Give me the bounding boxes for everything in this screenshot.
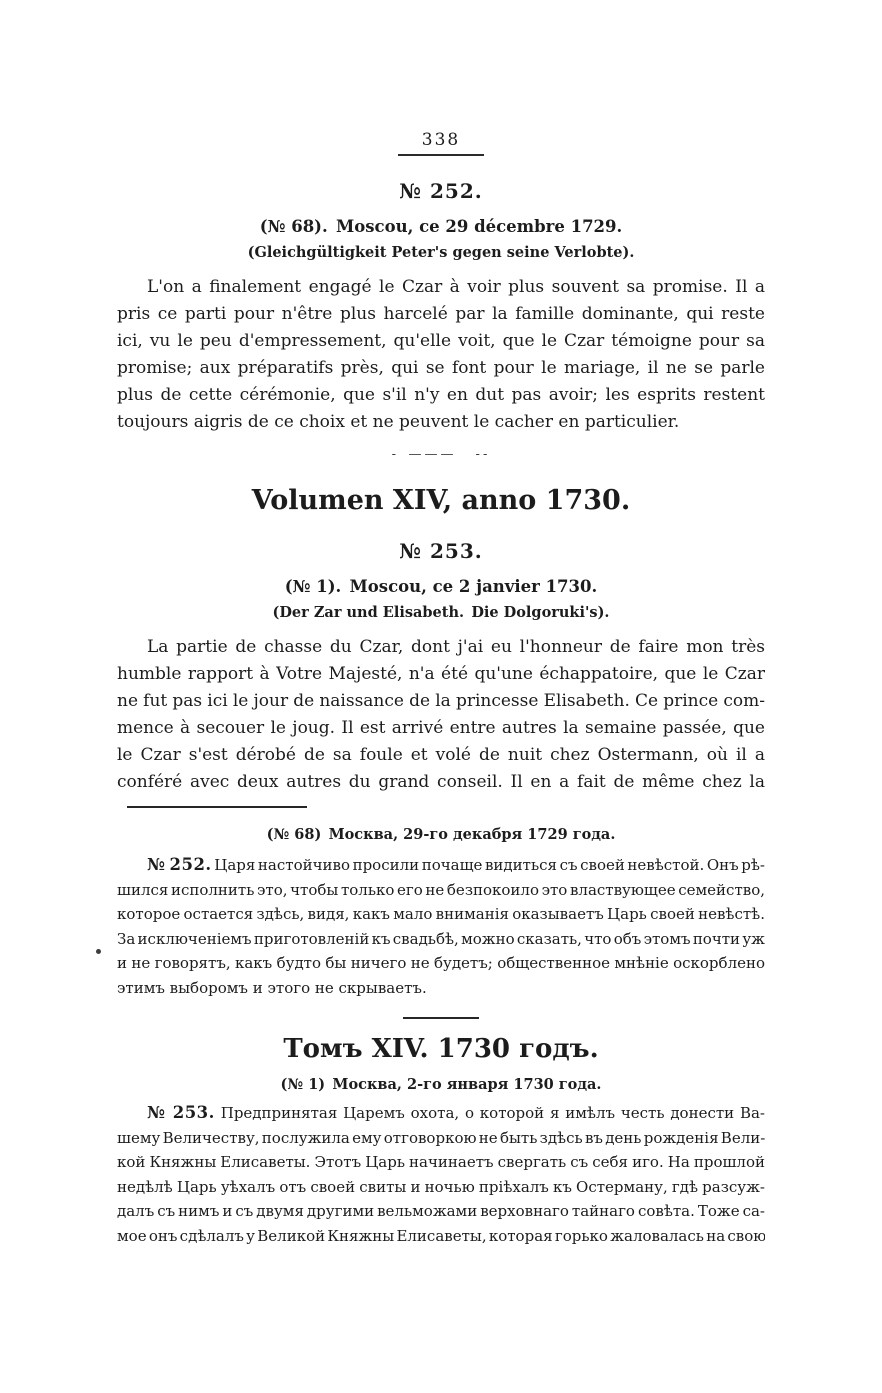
text-line: За исключеніемъ приготовленій къ свадьбѣ…	[117, 927, 765, 952]
footnote-252-dateline: (№ 68) Москва, 29-го декабря 1729 года.	[117, 826, 765, 843]
text-line: далъ съ нимъ и съ двумя другими вельможа…	[117, 1199, 765, 1224]
line-text: и не говорятъ, какъ будто бы ничего не б…	[117, 951, 765, 976]
page-number: 338	[398, 130, 484, 156]
entry-252-dateline: (№ 68). Moscou, ce 29 décembre 1729.	[117, 217, 765, 236]
line-text: toujours aigris de ce choix et ne peuven…	[117, 409, 679, 436]
text-line: plus de cette cérémonie, que s'il n'y en…	[117, 382, 765, 409]
line-text: № 252. Царя настойчиво просили почаще ви…	[147, 853, 765, 878]
line-text: pris ce parti pour n'être plus harcelé p…	[117, 301, 765, 328]
text-line: и не говорятъ, какъ будто бы ничего не б…	[117, 951, 765, 976]
volume-header-russian: Томъ XIV. 1730 годъ.	[117, 1034, 765, 1064]
section-divider-dashes: - ——— --	[117, 448, 765, 462]
text-line: кой Княжны Елисаветы. Этотъ Царь начинае…	[117, 1150, 765, 1175]
text-line: La partie de chasse du Czar, dont j'ai e…	[117, 634, 765, 661]
line-text: plus de cette cérémonie, que s'il n'y en…	[117, 382, 765, 409]
text-line: № 252. Царя настойчиво просили почаще ви…	[117, 853, 765, 878]
text-line: шему Величеству, послужила ему отговорко…	[117, 1126, 765, 1151]
scanned-book-page: 338 № 252. (№ 68). Moscou, ce 29 décembr…	[0, 0, 882, 1393]
text-line: conféré avec deux autres du grand consei…	[117, 769, 765, 796]
text-line: шился исполнить это, чтобы только его не…	[117, 878, 765, 903]
footnote-253-paragraph: № 253. Предпринятая Царемъ охота, о кото…	[117, 1101, 765, 1248]
line-text: шему Величеству, послужила ему отговорко…	[117, 1126, 765, 1151]
text-line: le Czar s'est dérobé de sa foule et volé…	[117, 742, 765, 769]
text-line: мое онъ сдѣлалъ у Великой Княжны Елисаве…	[117, 1224, 765, 1249]
volume-header-latin: Volumen XIV, anno 1730.	[117, 485, 765, 516]
entry-253-heading: № 253.	[117, 539, 765, 563]
text-line: ne fut pas ici le jour de naissance de l…	[117, 688, 765, 715]
text-line: ici, vu le peu d'empressement, qu'elle v…	[117, 328, 765, 355]
footnote-entry-number: № 253.	[147, 1103, 215, 1122]
text-line: L'on a finalement engagé le Czar à voir …	[117, 274, 765, 301]
line-text: шился исполнить это, чтобы только его не…	[117, 878, 765, 903]
line-text: мое онъ сдѣлалъ у Великой Княжны Елисаве…	[117, 1224, 765, 1249]
entry-253-paragraph: La partie de chasse du Czar, dont j'ai e…	[117, 634, 765, 796]
line-text: этимъ выборомъ и этого не скрываетъ.	[117, 976, 427, 1001]
entry-252-paragraph: L'on a finalement engagé le Czar à voir …	[117, 274, 765, 436]
text-line: mence à secouer le joug. Il est arrivé e…	[117, 715, 765, 742]
entry-252-subject: (Gleichgültigkeit Peter's gegen seine Ve…	[117, 244, 765, 261]
line-text: promise; aux préparatifs près, qui se fo…	[117, 355, 765, 382]
text-line: pris ce parti pour n'être plus harcelé p…	[117, 301, 765, 328]
line-text: За исключеніемъ приготовленій къ свадьбѣ…	[117, 927, 765, 952]
footnote-entry-number: № 252.	[147, 855, 212, 874]
line-text: ne fut pas ici le jour de naissance de l…	[117, 688, 765, 715]
line-text: mence à secouer le joug. Il est arrivé e…	[117, 715, 765, 742]
line-text: кой Княжны Елисаветы. Этотъ Царь начинае…	[117, 1150, 765, 1175]
entry-253-subject: (Der Zar und Elisabeth. Die Dolgoruki's)…	[117, 604, 765, 621]
line-text: La partie de chasse du Czar, dont j'ai e…	[147, 634, 765, 661]
line-text: которое остается здѣсь, видя, какъ мало …	[117, 902, 765, 927]
footnote-separator-rule	[127, 806, 307, 808]
line-text: conféré avec deux autres du grand consei…	[117, 769, 765, 796]
line-text: недѣлѣ Царь уѣхалъ отъ своей свиты и ноч…	[117, 1175, 765, 1200]
page-header: 338	[0, 0, 882, 156]
scan-speck	[96, 949, 101, 954]
line-text: le Czar s'est dérobé de sa foule et volé…	[117, 742, 765, 769]
text-line: этимъ выборомъ и этого не скрываетъ.	[117, 976, 765, 1001]
text-column: № 252. (№ 68). Moscou, ce 29 décembre 17…	[117, 179, 765, 1248]
footnote-253-dateline: (№ 1) Москва, 2-го января 1730 года.	[117, 1076, 765, 1093]
entry-253-dateline: (№ 1). Moscou, ce 2 janvier 1730.	[117, 577, 765, 596]
line-text: № 253. Предпринятая Царемъ охота, о кото…	[147, 1101, 765, 1126]
text-line: toujours aigris de ce choix et ne peuven…	[117, 409, 765, 436]
text-line: humble rapport à Votre Majesté, n'a été …	[117, 661, 765, 688]
line-text: L'on a finalement engagé le Czar à voir …	[147, 274, 765, 301]
footnote-line-text: Предпринятая Царемъ охота, о которой я и…	[215, 1104, 765, 1122]
footnote-252-paragraph: № 252. Царя настойчиво просили почаще ви…	[117, 853, 765, 1000]
footnote-line-text: Царя настойчиво просили почаще видиться …	[212, 856, 765, 874]
line-text: humble rapport à Votre Majesté, n'a été …	[117, 661, 765, 688]
text-line: недѣлѣ Царь уѣхалъ отъ своей свиты и ноч…	[117, 1175, 765, 1200]
short-center-rule	[403, 1017, 479, 1019]
text-line: promise; aux préparatifs près, qui se fo…	[117, 355, 765, 382]
text-line: которое остается здѣсь, видя, какъ мало …	[117, 902, 765, 927]
line-text: ici, vu le peu d'empressement, qu'elle v…	[117, 328, 765, 355]
entry-252-heading: № 252.	[117, 179, 765, 203]
text-line: № 253. Предпринятая Царемъ охота, о кото…	[117, 1101, 765, 1126]
line-text: далъ съ нимъ и съ двумя другими вельможа…	[117, 1199, 765, 1224]
